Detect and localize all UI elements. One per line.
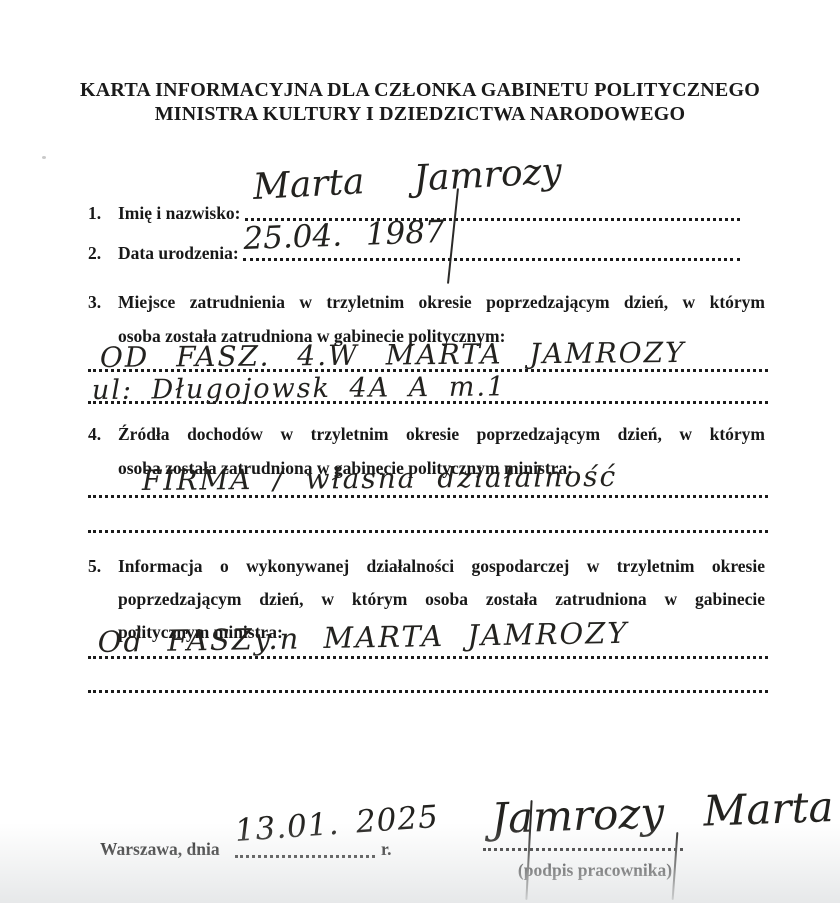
footer-year-suffix: r. <box>381 839 392 860</box>
field-income-label-line1: Źródła dochodów w trzyletnim okresie pop… <box>118 424 765 444</box>
handwritten-employment-line2: ul: Długojowsk 4A A m.1 <box>92 373 507 404</box>
signature-caption: (podpis pracownika) <box>495 860 695 881</box>
field-business-number: 5. <box>88 556 101 577</box>
form-title-line2: MINISTRA KULTURY I DZIEDZICTWA NARODOWEG… <box>0 102 840 126</box>
field-business-label-line2: poprzedzającym dzień, w którym osoba zos… <box>118 589 765 609</box>
field-name-number: 1. <box>88 203 118 224</box>
scan-artifact-dot <box>42 156 46 159</box>
handwritten-signature: Jamrozy Marta <box>491 786 835 840</box>
handwritten-employment-line1: OD FASZ. 4.W MARTA JAMROZY <box>100 339 686 372</box>
field-birthdate-label: Data urodzenia: <box>118 243 243 264</box>
field-birthdate-number: 2. <box>88 243 118 264</box>
handwritten-date: 13.01. 2025 <box>234 802 440 847</box>
handwritten-birthdate: 25.04. 1987 <box>243 217 445 255</box>
dotted-answer-line <box>88 530 768 533</box>
field-employment-label-line1: Miejsce zatrudnienia w trzyletnim okresi… <box>118 292 765 312</box>
field-business-label-line1: Informacja o wykonywanej działalności go… <box>118 556 765 576</box>
handwritten-income: FIRMA / własna działalność <box>142 463 618 495</box>
footer-place-label: Warszawa, dnia <box>100 839 220 860</box>
form-title-line1: KARTA INFORMACYJNA DLA CZŁONKA GABINETU … <box>0 78 840 102</box>
dotted-answer-line <box>88 690 768 693</box>
field-employment-number: 3. <box>88 292 101 313</box>
form-title: KARTA INFORMACYJNA DLA CZŁONKA GABINETU … <box>0 78 840 126</box>
scanned-form-page: KARTA INFORMACYJNA DLA CZŁONKA GABINETU … <box>0 0 840 903</box>
footer-date-leader <box>235 855 375 858</box>
field-income-number: 4. <box>88 424 101 445</box>
field-name-label: Imię i nazwisko: <box>118 203 245 224</box>
handwritten-name: Marta Jamrozy <box>252 154 563 206</box>
handwritten-business: Od FASZy.n MARTA JAMROZY <box>97 619 628 657</box>
signature-leader <box>483 848 683 851</box>
